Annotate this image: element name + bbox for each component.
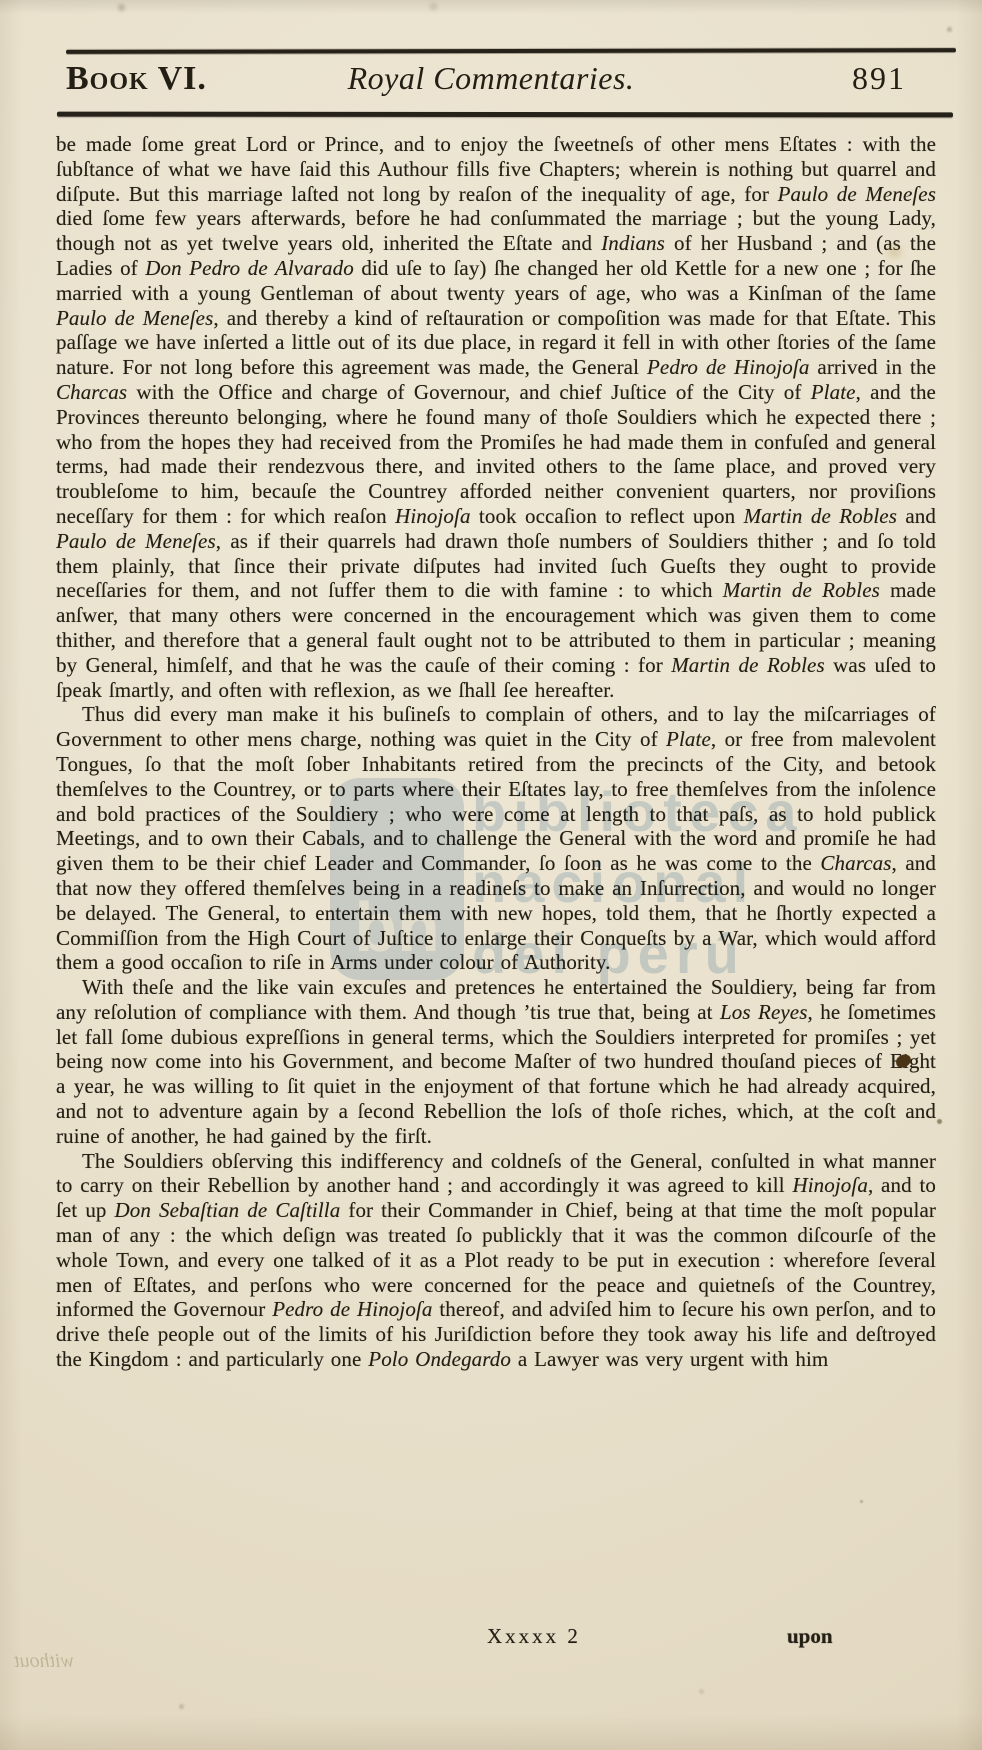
book-page: Book VI. Royal Commentaries. 891 be made… [0,0,982,1750]
paragraph-2: Thus did every man make it his buſineſs … [56,702,936,975]
paragraph-1: be made ſome great Lord or Prince, and t… [56,132,936,702]
paragraph-4: The Souldiers obſerving this indifferenc… [56,1149,936,1372]
paper-specks [0,0,3,3]
signature-mark: Xxxxx 2 [487,1624,581,1649]
page-header: Book VI. Royal Commentaries. 891 [0,56,982,108]
paragraph-3: With theſe and the like vain excuſes and… [56,975,936,1149]
running-title: Royal Commentaries. [0,60,982,97]
show-through-text: without [14,1650,74,1673]
header-rule-top [66,48,956,54]
text-block: be made ſome great Lord or Prince, and t… [56,132,936,1372]
footer-line: Xxxxx 2 upon [0,1624,982,1654]
page-number: 891 [852,60,906,97]
header-rule-bottom [57,112,953,118]
catchword: upon [787,1624,833,1649]
